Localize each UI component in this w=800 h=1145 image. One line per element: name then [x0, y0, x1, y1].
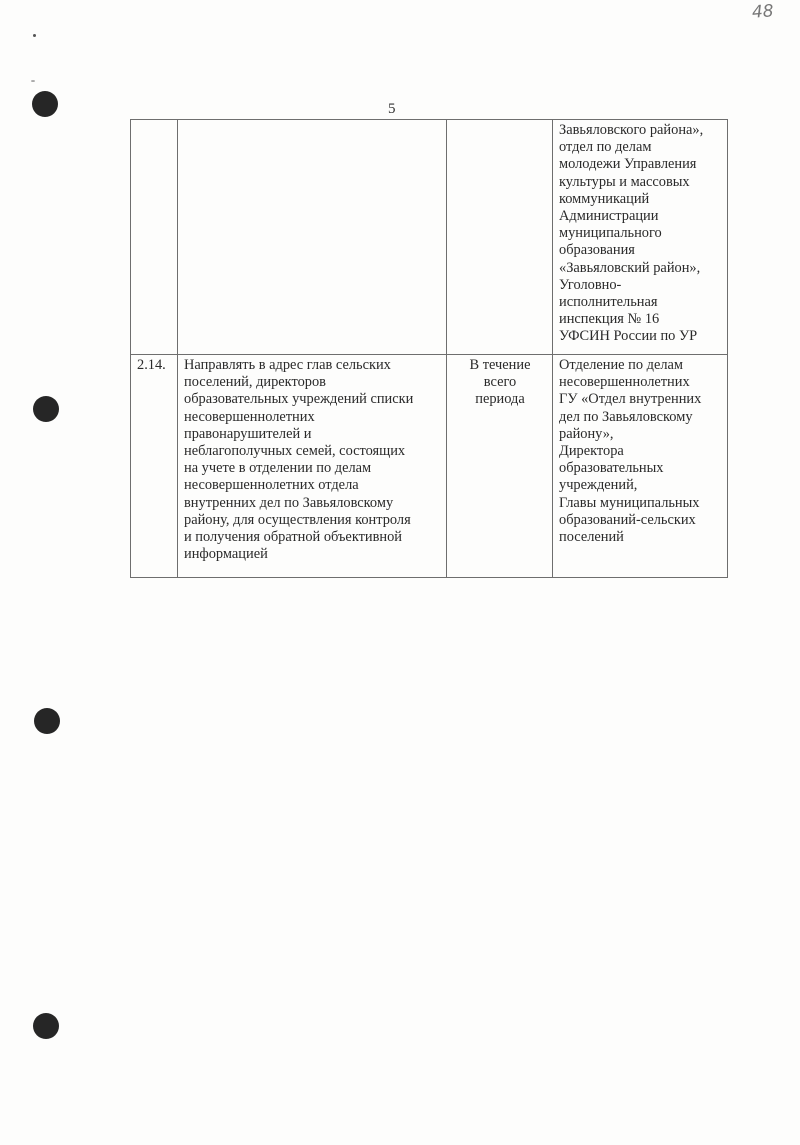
text-line: несовершеннолетних [559, 374, 722, 391]
text-line: молодежи Управления [559, 156, 722, 173]
text-line: исполнительная [559, 294, 722, 311]
responsible-cell: Завьяловского района»,отдел по деламмоло… [553, 120, 728, 355]
text-line: образования [559, 242, 722, 259]
text-line: учреждений, [559, 477, 722, 494]
text-line: внутренних дел по Завьяловскому [184, 495, 441, 512]
punch-hole [33, 1013, 59, 1039]
item-number-cell [131, 120, 178, 355]
text-line: информацией [184, 546, 441, 563]
action-cell: Направлять в адрес глав сельскихпоселени… [178, 355, 447, 578]
text-line: всего [453, 374, 547, 391]
action-cell [178, 120, 447, 355]
text-line: поселений [559, 529, 722, 546]
term-text: В течениевсегопериода [453, 357, 547, 409]
action-text: Направлять в адрес глав сельскихпоселени… [184, 357, 441, 563]
text-line: культуры и массовых [559, 174, 722, 191]
text-line: Направлять в адрес глав сельских [184, 357, 441, 374]
text-line: неблагополучных семей, состоящих [184, 443, 441, 460]
text-line: на учете в отделении по делам [184, 460, 441, 477]
measures-table: Завьяловского района»,отдел по деламмоло… [130, 119, 728, 578]
text-line: Завьяловского района», [559, 122, 722, 139]
text-line: образовательных [559, 460, 722, 477]
text-line: правонарушителей и [184, 426, 441, 443]
text-line: периода [453, 391, 547, 408]
term-cell [447, 120, 553, 355]
text-line: коммуникаций [559, 191, 722, 208]
page-number: 5 [388, 101, 396, 118]
text-line: Директора [559, 443, 722, 460]
text-line: дел по Завьяловскому [559, 409, 722, 426]
text-line: В течение [453, 357, 547, 374]
punch-hole [34, 708, 60, 734]
table-row: Завьяловского района»,отдел по деламмоло… [131, 120, 728, 355]
text-line: району, для осуществления контроля [184, 512, 441, 529]
term-cell: В течениевсегопериода [447, 355, 553, 578]
text-line: Администрации [559, 208, 722, 225]
text-line: Уголовно- [559, 277, 722, 294]
scan-speck [31, 80, 35, 82]
scan-speck [33, 34, 36, 37]
text-line: Отделение по делам [559, 357, 722, 374]
text-line: инспекция № 16 [559, 311, 722, 328]
text-line: несовершеннолетних отдела [184, 477, 441, 494]
text-line: несовершеннолетних [184, 409, 441, 426]
table-row: 2.14. Направлять в адрес глав сельскихпо… [131, 355, 728, 578]
text-line: Главы муниципальных [559, 495, 722, 512]
punch-hole [33, 396, 59, 422]
text-line: поселений, директоров [184, 374, 441, 391]
text-line: УФСИН России по УР [559, 328, 722, 345]
responsible-cell: Отделение по деламнесовершеннолетнихГУ «… [553, 355, 728, 578]
text-line: образований-сельских [559, 512, 722, 529]
responsible-text: Завьяловского района»,отдел по деламмоло… [559, 122, 722, 346]
text-line: «Завьяловский район», [559, 260, 722, 277]
item-number: 2.14. [137, 357, 166, 373]
punch-hole [32, 91, 58, 117]
responsible-text: Отделение по деламнесовершеннолетнихГУ «… [559, 357, 722, 546]
text-line: образовательных учреждений списки [184, 391, 441, 408]
text-line: муниципального [559, 225, 722, 242]
text-line: ГУ «Отдел внутренних [559, 391, 722, 408]
handwritten-sheet-number: 48 [751, 1, 774, 22]
text-line: и получения обратной объективной [184, 529, 441, 546]
text-line: району», [559, 426, 722, 443]
text-line: отдел по делам [559, 139, 722, 156]
item-number-cell: 2.14. [131, 355, 178, 578]
